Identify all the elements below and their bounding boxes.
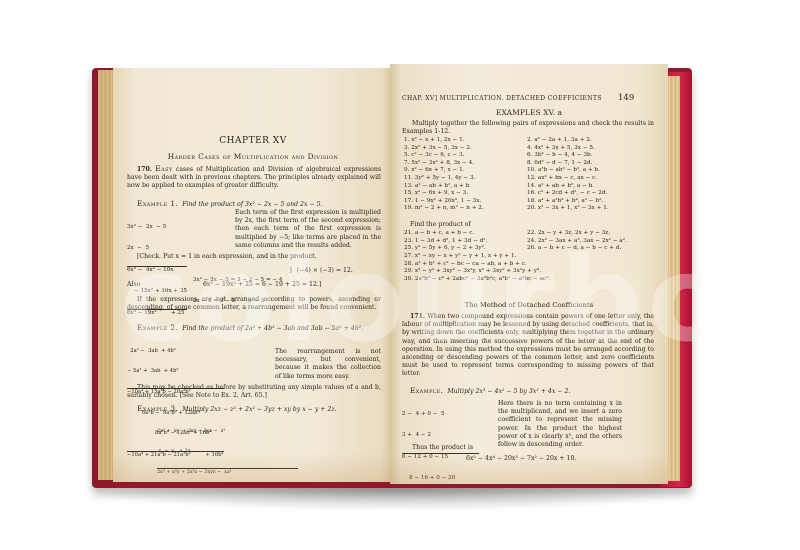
result-label: Thus the product is — [412, 444, 473, 452]
exercises-1-20: 1. x² − x + 1, 2x − 1.2. a² − 2a + 1, 3a… — [404, 137, 644, 213]
exercise-item: 20. x² − 3x + 1, x² − 3x + 1. — [527, 205, 644, 213]
example-explanation: Here there is no term containing x in th… — [498, 400, 622, 449]
exercise-item: 2. a² − 2a + 1, 3a + 2. — [527, 137, 644, 145]
instructions: Multiply together the following pairs of… — [402, 120, 654, 136]
examples-title: EXAMPLES XV. a — [390, 108, 668, 117]
example-2-explanation: The rearrangement is not necessary, but … — [275, 348, 381, 381]
exercise-item: 27. x² − xy − x + y² − y + 1, x + y + 1. — [404, 253, 550, 261]
detached-section-title: The Method of Detached Coefficients — [390, 301, 668, 309]
exercise-item: 15. x² − 6x + 9, x − 3. — [404, 190, 521, 198]
section-title: Harder Cases of Multiplication and Divis… — [113, 152, 393, 161]
running-header: CHAP. XV] MULTIPLICATION. DETACHED COEFF… — [402, 95, 602, 102]
exercise-item: 6. 3b² − b − 4, 4 − 3b. — [527, 152, 644, 160]
article-171: 171. When two compound expressions conta… — [402, 313, 654, 379]
exercise-item: 26. a − b + c − d, a − b − c + d. — [527, 245, 644, 253]
chapter-title: CHAPTER XV — [113, 136, 393, 146]
page-stain — [113, 452, 393, 482]
check-result: } (−4) × (−3) = 12. — [289, 267, 353, 275]
exercise-item: 21. a − b + c, a + b − c. — [404, 230, 521, 238]
example-1-work: 3x² − 2x − 5 2x − 5 6x³ − 4x² − 10x − 15… — [127, 210, 187, 331]
right-page: CHAP. XV] MULTIPLICATION. DETACHED COEFF… — [390, 64, 668, 484]
paragraph-rearrange: If the expressions are not arranged acco… — [127, 296, 381, 312]
also-label: Also — [127, 281, 140, 289]
find-product-label: Find the product of — [410, 221, 471, 229]
page-stain — [390, 454, 668, 484]
exercise-item: 10. a²b − ab² − b³, a + b. — [527, 167, 644, 175]
exercise-item: 9. x² − 6x + 7, x − 1. — [404, 167, 521, 175]
exercise-item: 25. y² − 5y + 6, y − 2 + 3y². — [404, 245, 521, 253]
exercise-item: 5. c² − 3c − 6, c − 3. — [404, 152, 521, 160]
exercise-item: 22. 2x − y + 3z, 2x + y − 3z. — [527, 230, 644, 238]
exercise-item: 11. 3y² + 5y − 1, 4y − 3. — [404, 175, 521, 183]
example-heading: Example. Multiply 2x³ − 4x² − 5 by 3x² +… — [410, 387, 570, 396]
left-page: CHAPTER XV Harder Cases of Multiplicatio… — [113, 68, 393, 482]
exercise-item: 16. c² + 2cd + d², − c − 2d. — [527, 190, 644, 198]
paragraph-check: This may be checked as before by substit… — [127, 384, 381, 400]
exercise-item: 19. m² − 2 + n, m² − n + 2. — [404, 205, 521, 213]
also-line: 6x³ − 19x² + 25 = 6 − 19 + 25 = 12.] — [203, 281, 321, 289]
exercises-21-26: 21. a − b + c, a + b − c.22. 2x − y + 3z… — [404, 230, 644, 253]
exercise-item: 24. 2x² − 3ax + a², 3ax − 2x² − a². — [527, 238, 644, 246]
example-1-explanation: Each term of the first expression is mul… — [235, 209, 381, 250]
example-3-heading: Example 3. Multiply 2xz − z² + 2x² − 3yz… — [137, 405, 337, 414]
check-intro: [Check. Put x = 1 in each expression, an… — [137, 253, 317, 261]
page-number: 149 — [618, 93, 634, 103]
example-1-heading: Example 1. Find the product of 3x² − 2x … — [137, 200, 323, 209]
example-2-heading: Example 2. Find the product of 2a² + 4b²… — [137, 324, 363, 333]
exercise-item: 30. 2a²b² − c⁴ + 2abc² − 3a²b²c, a²b² − … — [404, 276, 550, 284]
exercise-item: 12. ax² + bx − c, ax − c. — [527, 175, 644, 183]
article-170: 170. Easy cases of Multiplication and Di… — [127, 165, 381, 191]
article-number: 170. — [137, 166, 152, 173]
exercise-item: 1. x² − x + 1, 2x − 1. — [404, 137, 521, 145]
exercises-27-30: 27. x² − xy − x + y² − y + 1, x + y + 1.… — [404, 253, 550, 283]
exercise-item: 29. x³ − y³ + 3xy² − 3x²y, x³ + 3xy² + 3… — [404, 268, 550, 276]
